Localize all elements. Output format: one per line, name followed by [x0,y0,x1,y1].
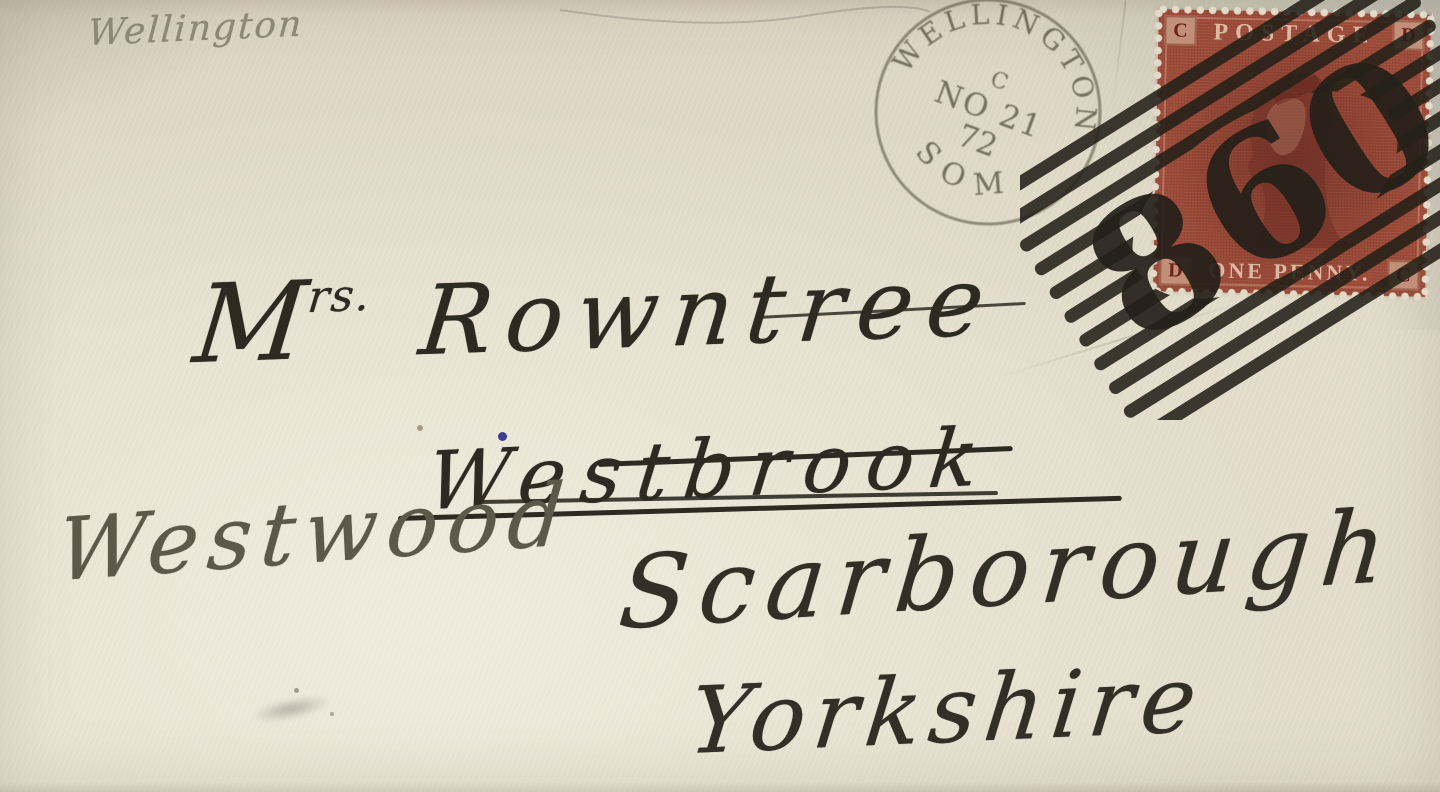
ink-speck [417,425,423,431]
grey-smudge [249,690,334,729]
address-county-line: Yorkshire [685,653,1209,768]
ink-speck [294,688,299,693]
address-redirect-line: Westwood [54,472,576,595]
duplex-cancel-860: 860 [1020,0,1440,420]
envelope-scan: Wellington WELLINGTON SOM C NO 21 72 POS [0,0,1440,792]
pencil-note-wellington: Wellington [87,7,304,53]
address-town-line: Scarborough [615,496,1401,644]
recipient-name: Rowntree [415,245,1003,378]
ink-speck [330,712,334,716]
recipient-title-superscript: rs. [305,270,374,323]
recipient-title-initial: M [188,259,312,388]
